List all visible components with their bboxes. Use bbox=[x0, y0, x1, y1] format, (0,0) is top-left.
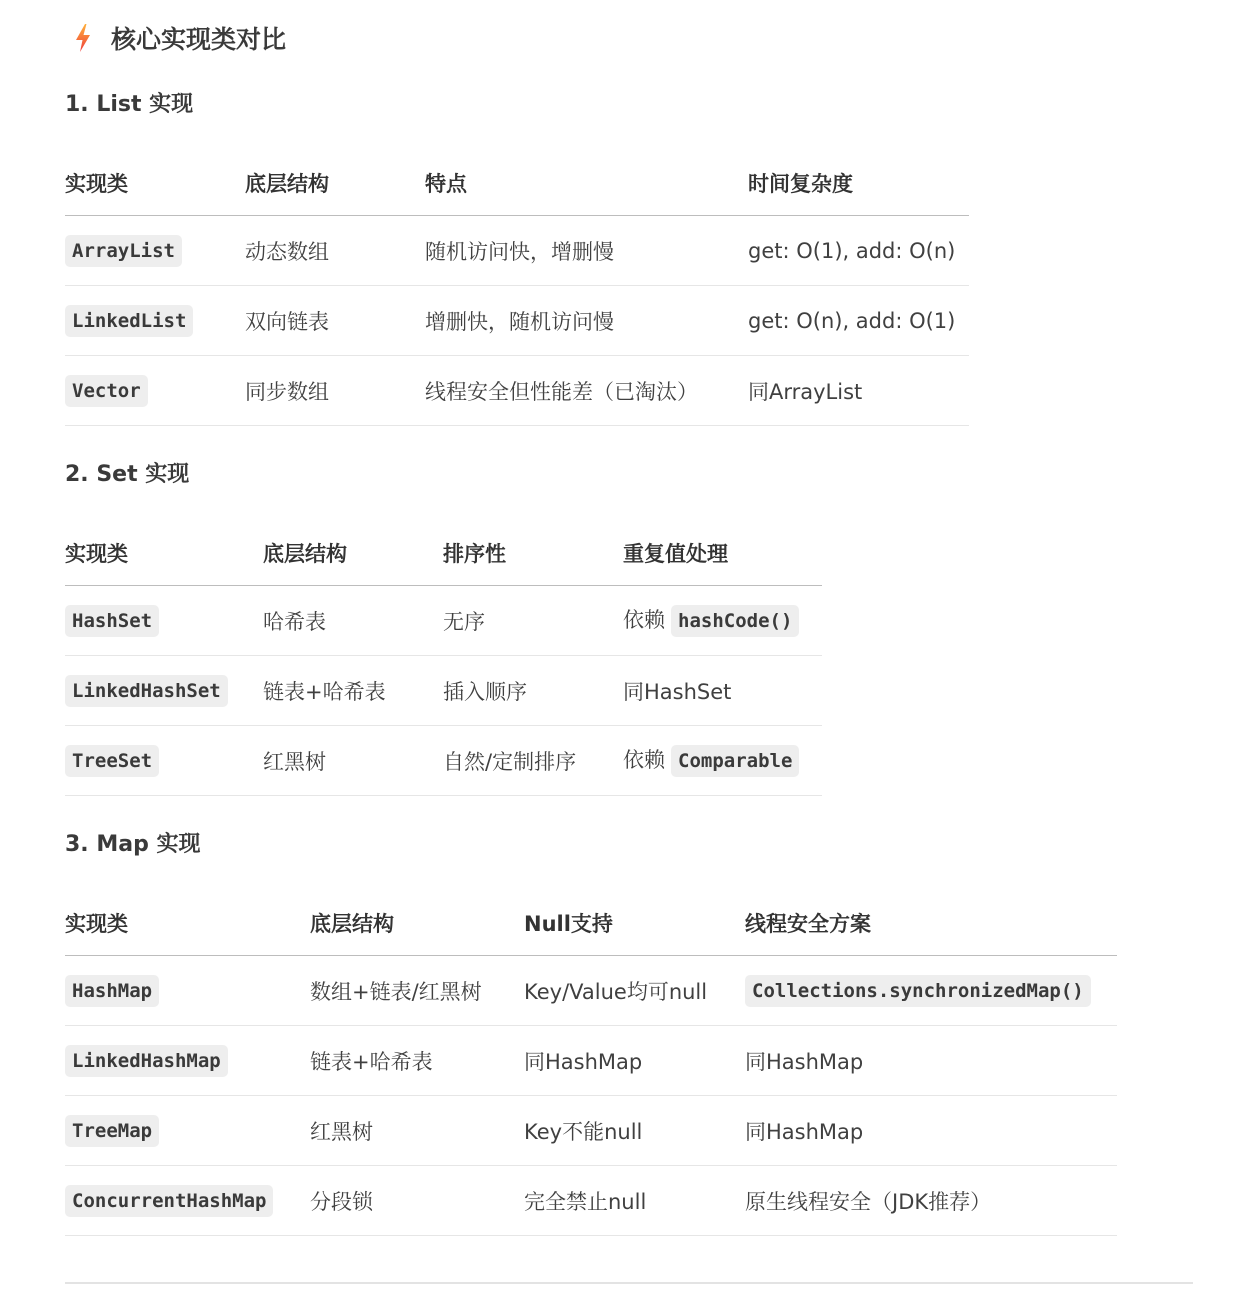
feature-cell: 随机访问快，增删慢 bbox=[425, 216, 748, 286]
null-support-cell: Key不能null bbox=[524, 1096, 745, 1166]
interface-code: Comparable bbox=[671, 745, 799, 777]
column-header: 底层结构 bbox=[310, 890, 524, 956]
complexity-cell: get: O(n), add: O(1) bbox=[748, 286, 969, 356]
column-header: 线程安全方案 bbox=[745, 890, 1117, 956]
structure-cell: 链表+哈希表 bbox=[263, 656, 443, 726]
duplicate-cell: 依赖Comparable bbox=[623, 726, 822, 796]
class-cell: ConcurrentHashMap bbox=[65, 1166, 310, 1236]
structure-cell: 双向链表 bbox=[245, 286, 425, 356]
order-cell: 插入顺序 bbox=[443, 656, 623, 726]
thread-safety-cell: 同HashMap bbox=[745, 1026, 1117, 1096]
class-cell: ArrayList bbox=[65, 216, 245, 286]
list-section-title: 1. List 实现 bbox=[65, 89, 193, 121]
column-header: 时间复杂度 bbox=[748, 150, 969, 216]
table-row: ArrayList 动态数组 随机访问快，增删慢 get: O(1), add:… bbox=[65, 216, 969, 286]
feature-cell: 线程安全但性能差（已淘汰） bbox=[425, 356, 748, 426]
complexity-cell: get: O(1), add: O(n) bbox=[748, 216, 969, 286]
map-table: 实现类 底层结构 Null支持 线程安全方案 HashMap 数组+链表/红黑树… bbox=[65, 890, 1117, 1236]
structure-cell: 链表+哈希表 bbox=[310, 1026, 524, 1096]
table-row: ConcurrentHashMap 分段锁 完全禁止null 原生线程安全（JD… bbox=[65, 1166, 1117, 1236]
column-header: 实现类 bbox=[65, 520, 263, 586]
set-table: 实现类 底层结构 排序性 重复值处理 HashSet 哈希表 无序 依赖hash… bbox=[65, 520, 822, 796]
column-header: 实现类 bbox=[65, 150, 245, 216]
table-header-row: 实现类 底层结构 特点 时间复杂度 bbox=[65, 150, 969, 216]
section-heading: 核心实现类对比 bbox=[65, 18, 286, 58]
method-code: Collections.synchronizedMap() bbox=[745, 975, 1091, 1007]
complexity-cell: 同ArrayList bbox=[748, 356, 969, 426]
structure-cell: 哈希表 bbox=[263, 586, 443, 656]
table-row: LinkedList 双向链表 增删快，随机访问慢 get: O(n), add… bbox=[65, 286, 969, 356]
column-header: 底层结构 bbox=[263, 520, 443, 586]
class-name-code: TreeMap bbox=[65, 1115, 159, 1147]
class-cell: LinkedList bbox=[65, 286, 245, 356]
table-row: TreeMap 红黑树 Key不能null 同HashMap bbox=[65, 1096, 1117, 1166]
duplicate-cell: 同HashSet bbox=[623, 656, 822, 726]
lightning-bolt-icon bbox=[73, 23, 93, 53]
column-header: Null支持 bbox=[524, 890, 745, 956]
class-name-code: HashSet bbox=[65, 605, 159, 637]
order-cell: 无序 bbox=[443, 586, 623, 656]
table-header-row: 实现类 底层结构 Null支持 线程安全方案 bbox=[65, 890, 1117, 956]
table-row: LinkedHashSet 链表+哈希表 插入顺序 同HashSet bbox=[65, 656, 822, 726]
table-row: HashSet 哈希表 无序 依赖hashCode() bbox=[65, 586, 822, 656]
table-row: HashMap 数组+链表/红黑树 Key/Value均可null Collec… bbox=[65, 956, 1117, 1026]
class-name-code: ConcurrentHashMap bbox=[65, 1185, 273, 1217]
set-section-title: 2. Set 实现 bbox=[65, 459, 189, 491]
null-support-cell: 完全禁止null bbox=[524, 1166, 745, 1236]
class-cell: LinkedHashMap bbox=[65, 1026, 310, 1096]
table-row: Vector 同步数组 线程安全但性能差（已淘汰） 同ArrayList bbox=[65, 356, 969, 426]
thread-safety-cell: 原生线程安全（JDK推荐） bbox=[745, 1166, 1117, 1236]
table-row: TreeSet 红黑树 自然/定制排序 依赖Comparable bbox=[65, 726, 822, 796]
class-name-code: LinkedList bbox=[65, 305, 193, 337]
thread-safety-cell: Collections.synchronizedMap() bbox=[745, 956, 1117, 1026]
class-name-code: LinkedHashMap bbox=[65, 1045, 228, 1077]
horizontal-rule bbox=[65, 1282, 1193, 1284]
class-name-code: Vector bbox=[65, 375, 148, 407]
column-header: 实现类 bbox=[65, 890, 310, 956]
order-cell: 自然/定制排序 bbox=[443, 726, 623, 796]
duplicate-cell: 依赖hashCode() bbox=[623, 586, 822, 656]
class-cell: Vector bbox=[65, 356, 245, 426]
section-title: 核心实现类对比 bbox=[111, 20, 286, 56]
structure-cell: 红黑树 bbox=[310, 1096, 524, 1166]
class-cell: HashMap bbox=[65, 956, 310, 1026]
class-cell: LinkedHashSet bbox=[65, 656, 263, 726]
thread-safety-cell: 同HashMap bbox=[745, 1096, 1117, 1166]
class-cell: TreeMap bbox=[65, 1096, 310, 1166]
class-name-code: LinkedHashSet bbox=[65, 675, 228, 707]
duplicate-prefix: 依赖 bbox=[623, 608, 665, 632]
class-name-code: ArrayList bbox=[65, 235, 182, 267]
structure-cell: 动态数组 bbox=[245, 216, 425, 286]
list-table: 实现类 底层结构 特点 时间复杂度 ArrayList 动态数组 随机访问快，增… bbox=[65, 150, 969, 426]
class-cell: TreeSet bbox=[65, 726, 263, 796]
class-name-code: HashMap bbox=[65, 975, 159, 1007]
method-code: hashCode() bbox=[671, 605, 799, 637]
table-row: LinkedHashMap 链表+哈希表 同HashMap 同HashMap bbox=[65, 1026, 1117, 1096]
class-name-code: TreeSet bbox=[65, 745, 159, 777]
map-section-title: 3. Map 实现 bbox=[65, 829, 200, 861]
feature-cell: 增删快，随机访问慢 bbox=[425, 286, 748, 356]
column-header: 底层结构 bbox=[245, 150, 425, 216]
column-header: 排序性 bbox=[443, 520, 623, 586]
column-header: 重复值处理 bbox=[623, 520, 822, 586]
null-support-cell: Key/Value均可null bbox=[524, 956, 745, 1026]
structure-cell: 红黑树 bbox=[263, 726, 443, 796]
null-support-cell: 同HashMap bbox=[524, 1026, 745, 1096]
class-cell: HashSet bbox=[65, 586, 263, 656]
structure-cell: 同步数组 bbox=[245, 356, 425, 426]
structure-cell: 数组+链表/红黑树 bbox=[310, 956, 524, 1026]
column-header: 特点 bbox=[425, 150, 748, 216]
duplicate-prefix: 依赖 bbox=[623, 748, 665, 772]
structure-cell: 分段锁 bbox=[310, 1166, 524, 1236]
table-header-row: 实现类 底层结构 排序性 重复值处理 bbox=[65, 520, 822, 586]
